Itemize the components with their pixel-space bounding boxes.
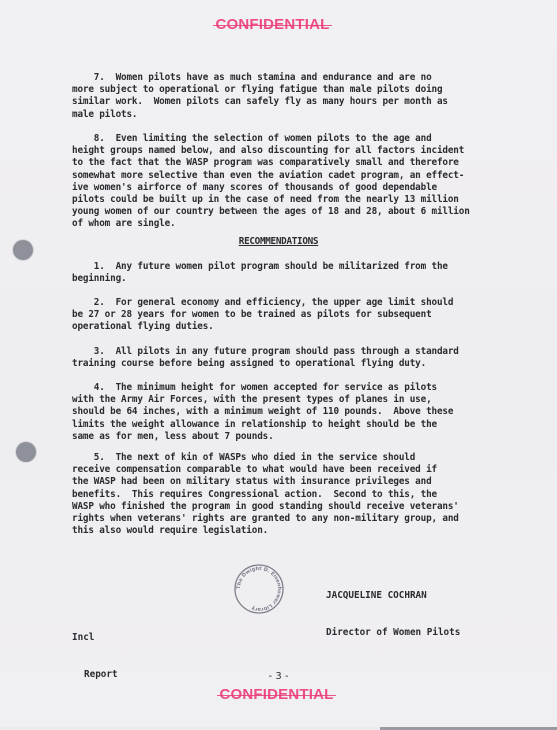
text-line: should be 64 inches, with a minimum weig… [72, 406, 492, 418]
library-stamp-icon: The Dwight D. Eisenhower Library [233, 563, 285, 615]
text-line: be 27 or 28 years for women to be traine… [72, 309, 492, 321]
classification-stamp-top: CONFIDENTIAL [0, 16, 557, 33]
text-line: limits the weight allowance in relations… [72, 419, 492, 431]
recommendation-5: 5. The next of kin of WASPs who died in … [72, 452, 492, 537]
text-line: 2. For general economy and efficiency, t… [72, 297, 492, 309]
enclosure-label: Incl [72, 632, 118, 644]
text-line: this also would require legislation. [72, 525, 492, 537]
text-line: WASP who finished the program in good st… [72, 501, 492, 513]
text-line: more subject to operational or flying fa… [72, 84, 492, 96]
text-line: same as for men, less about 7 pounds. [72, 431, 492, 443]
text-line: to the fact that the WASP program was co… [72, 157, 492, 169]
text-line: somewhat more selective than even the av… [72, 170, 492, 182]
signature-title: Director of Women Pilots [326, 627, 460, 639]
text-line: similar work. Women pilots can safely fl… [72, 96, 492, 108]
text-line: of whom are single. [72, 218, 492, 230]
text-line: height groups named below, and also disc… [72, 145, 492, 157]
recommendation-4: 4. The minimum height for women accepted… [72, 382, 492, 443]
paragraph-7: 7. Women pilots have as much stamina and… [72, 72, 492, 121]
text-line: 5. The next of kin of WASPs who died in … [72, 452, 492, 464]
text-line: 1. Any future women pilot program should… [72, 261, 492, 273]
svg-text:The Dwight D. Eisenhower Libra: The Dwight D. Eisenhower Library [236, 566, 282, 612]
recommendation-2: 2. For general economy and efficiency, t… [72, 297, 492, 334]
text-line: 7. Women pilots have as much stamina and… [72, 72, 492, 84]
recommendation-3: 3. All pilots in any future program shou… [72, 346, 492, 370]
text-line: benefits. This requires Congressional ac… [72, 489, 492, 501]
text-line: 4. The minimum height for women accepted… [72, 382, 492, 394]
text-line: operational flying duties. [72, 321, 492, 333]
page-number: - 3 - [0, 671, 557, 682]
signature-name: JACQUELINE COCHRAN [326, 590, 460, 602]
recommendations-heading: RECOMMENDATIONS [0, 236, 557, 247]
hole-punch-bottom [16, 442, 36, 462]
recommendation-1: 1. Any future women pilot program should… [72, 261, 492, 285]
classification-stamp-bottom: CONFIDENTIAL [0, 686, 557, 703]
paragraph-8: 8. Even limiting the selection of women … [72, 133, 492, 231]
text-line: 8. Even limiting the selection of women … [72, 133, 492, 145]
text-line: male pilots. [72, 109, 492, 121]
text-line: 3. All pilots in any future program shou… [72, 346, 492, 358]
text-line: with the Army Air Forces, with the prese… [72, 394, 492, 406]
signature-block: JACQUELINE COCHRAN Director of Women Pil… [326, 566, 460, 664]
text-line: receive compensation comparable to what … [72, 464, 492, 476]
text-line: rights when veterans' rights are granted… [72, 513, 492, 525]
text-line: training course before being assigned to… [72, 358, 492, 370]
text-line: young women of our country between the a… [72, 206, 492, 218]
text-line: pilots could be built up in the case of … [72, 194, 492, 206]
text-line: the WASP had been on military status wit… [72, 476, 492, 488]
document-page: CONFIDENTIAL 7. Women pilots have as muc… [0, 0, 557, 727]
text-line: beginning. [72, 273, 492, 285]
text-line: ive women's airforce of many scores of t… [72, 182, 492, 194]
